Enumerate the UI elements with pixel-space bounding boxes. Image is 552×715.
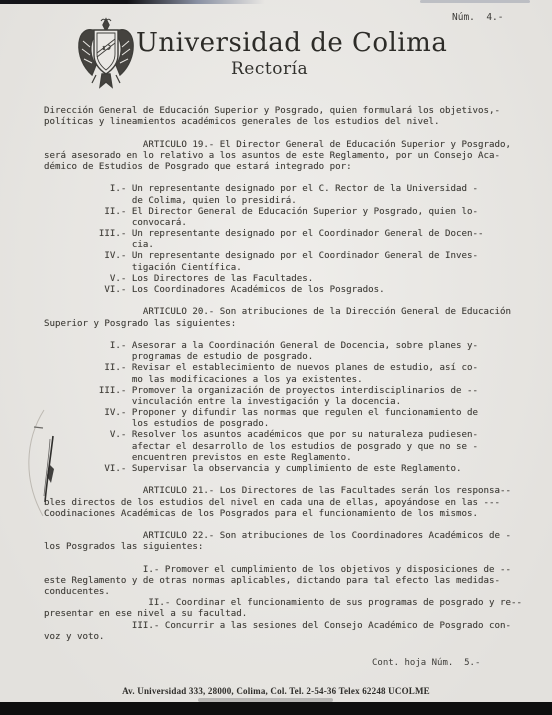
document-line: Superior y Posgrado las siguientes: bbox=[44, 319, 522, 330]
scan-artifact-top-smudge bbox=[420, 0, 530, 3]
department-name: Rectoría bbox=[231, 59, 308, 79]
document-line: los estudios de posgrado. bbox=[44, 419, 522, 430]
document-line: mo las modificaciones a los ya existente… bbox=[44, 375, 522, 386]
document-line: este Reglamento y de otras normas aplica… bbox=[44, 576, 522, 587]
document-line bbox=[44, 128, 522, 139]
document-line: convocará. bbox=[44, 218, 522, 229]
scan-artifact-bottom-bar bbox=[0, 702, 552, 715]
page-number-label: Núm. 4.- bbox=[452, 12, 503, 23]
scanned-page: Universidad de Colima Rectoría Núm. 4.- … bbox=[0, 0, 552, 715]
document-line bbox=[44, 520, 522, 531]
document-line: I.- Promover el cumplimiento de los obje… bbox=[44, 565, 522, 576]
document-line: tigación Científica. bbox=[44, 263, 522, 274]
document-line bbox=[44, 296, 522, 307]
scan-artifact-top-bar bbox=[0, 0, 282, 4]
document-line: vinculación entre la investigación y la … bbox=[44, 397, 522, 408]
document-line: démico de Estudios de Posgrado que estar… bbox=[44, 162, 522, 173]
university-crest-icon bbox=[76, 16, 136, 92]
document-line bbox=[44, 173, 522, 184]
document-line: I.- Un representante designado por el C.… bbox=[44, 184, 522, 195]
document-line bbox=[44, 330, 522, 341]
document-line: voz y voto. bbox=[44, 632, 522, 643]
document-line: IV.- Un representante designado por el C… bbox=[44, 251, 522, 262]
document-line: cia. bbox=[44, 240, 522, 251]
document-line: V.- Los Directores de las Facultades. bbox=[44, 274, 522, 285]
document-line: II.- Coordinar el funcionamiento de sus … bbox=[44, 598, 522, 609]
document-line: ARTICULO 22.- Son atribuciones de los Co… bbox=[44, 531, 522, 542]
document-line: ARTICULO 20.- Son atribuciones de la Dir… bbox=[44, 307, 522, 318]
document-line: de Colima, quien lo presidirá. bbox=[44, 196, 522, 207]
document-line bbox=[44, 475, 522, 486]
document-line: I.- Asesorar a la Coordinación General d… bbox=[44, 341, 522, 352]
document-body: Dirección General de Educación Superior … bbox=[44, 106, 522, 643]
document-line: programas de estudio de posgrado. bbox=[44, 352, 522, 363]
document-line: IV.- Proponer y difundir las normas que … bbox=[44, 408, 522, 419]
document-line: III.- Concurrir a las sesiones del Conse… bbox=[44, 621, 522, 632]
document-line: conducentes. bbox=[44, 587, 522, 598]
university-name: Universidad de Colima bbox=[136, 28, 447, 58]
document-line bbox=[44, 554, 522, 565]
document-line: bles directos de los estudios del nivel … bbox=[44, 498, 522, 509]
document-line: será asesorado en lo relativo a los asun… bbox=[44, 151, 522, 162]
document-line: II.- Revisar el establecimiento de nuevo… bbox=[44, 363, 522, 374]
document-line: Coodinaciones Académicas de los Posgrado… bbox=[44, 509, 522, 520]
continuation-label: Cont. hoja Núm. 5.- bbox=[372, 658, 480, 668]
document-line: II.- El Director General de Educación Su… bbox=[44, 207, 522, 218]
document-line: afectar el desarrollo de los estudios de… bbox=[44, 442, 522, 453]
document-line: VI.- Los Coordinadores Académicos de los… bbox=[44, 285, 522, 296]
document-line: políticas y lineamientos académicos gene… bbox=[44, 117, 522, 128]
document-line: ARTICULO 19.- El Director General de Edu… bbox=[44, 140, 522, 151]
document-line: los Posgrados las siguientes: bbox=[44, 542, 522, 553]
document-line: Dirección General de Educación Superior … bbox=[44, 106, 522, 117]
document-line: V.- Resolver los asuntos académicos que … bbox=[44, 430, 522, 441]
document-line: VI.- Supervisar la observancia y cumplim… bbox=[44, 464, 522, 475]
document-line: III.- Un representante designado por el … bbox=[44, 229, 522, 240]
handwritten-mark bbox=[20, 408, 66, 520]
footer-address: Av. Universidad 333, 28000, Colima, Col.… bbox=[0, 686, 552, 696]
document-line: presentar en ese nivel a su facultad. bbox=[44, 609, 522, 620]
document-line: ARTICULO 21.- Los Directores de las Facu… bbox=[44, 486, 522, 497]
document-line: III.- Promover la organización de proyec… bbox=[44, 386, 522, 397]
document-line: encuentren previstos en este Reglamento. bbox=[44, 453, 522, 464]
